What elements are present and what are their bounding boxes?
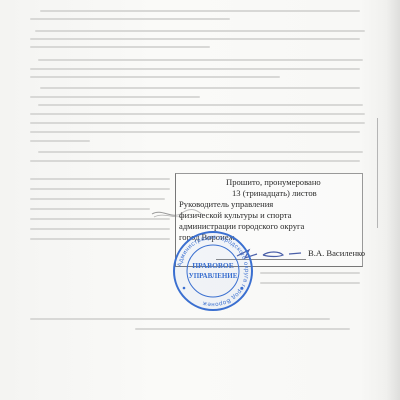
cert-line-1: Прошито, пронумеровано — [226, 177, 321, 187]
page-edge-shadow — [386, 0, 400, 400]
cert-line-2: 13 (тринадцать) листов — [232, 188, 317, 198]
svg-text:УПРАВЛЕНИЕ: УПРАВЛЕНИЕ — [189, 272, 238, 280]
svg-text:ПРАВОВОЕ: ПРАВОВОЕ — [192, 261, 234, 270]
document-page: Прошито, пронумеровано 13 (тринадцать) л… — [0, 0, 400, 400]
official-stamp-icon: Администрация городского округа город Во… — [172, 230, 254, 312]
cert-line-3: Руководитель управления — [179, 199, 273, 209]
cert-line-4: физической культуры и спорта — [179, 210, 291, 220]
signatory-name: В.А. Василенко — [308, 248, 365, 258]
binding-edge — [377, 118, 378, 228]
